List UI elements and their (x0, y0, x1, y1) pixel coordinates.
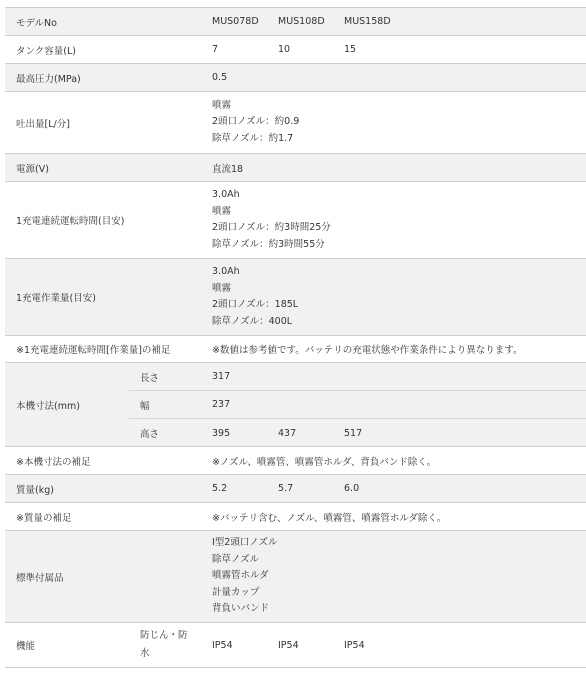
value-line: 除草ノズル：約1.7 (212, 131, 299, 148)
sub-label: 防じん・防 水 (140, 627, 190, 663)
value-line: 噴霧 (212, 204, 331, 221)
value-line: I型2頭口ノズル (212, 535, 277, 552)
row-model-no: モデルNo MUS078D MUS108D MUS158D (5, 8, 586, 36)
value-cell: 0.5 (212, 72, 227, 83)
row-accessories: 標準付属品 I型2頭口ノズル 除草ノズル 噴霧管ホルダ 計量カップ 背負いバンド (5, 531, 586, 623)
row-workload: 1充電作業量(目安) 3.0Ah 噴霧 2頭口ノズル：185L 除草ノズル：40… (5, 259, 586, 336)
value-line: 計量カップ (212, 585, 277, 602)
value-cell: 3.0Ah 噴霧 2頭口ノズル：約3時間25分 除草ノズル：約3時間55分 (212, 187, 331, 253)
row-label: 本機寸法(mm) (16, 398, 80, 412)
value-line: 2頭口ノズル：約0.9 (212, 114, 299, 131)
row-power-source: 電源(V) 直流18 (5, 154, 586, 182)
value-line: 噴霧管ホルダ (212, 568, 277, 585)
value-line: 3.0Ah (212, 187, 331, 204)
model-cell: MUS078D (212, 16, 259, 27)
value-cell: 噴霧 2頭口ノズル：約0.9 除草ノズル：約1.7 (212, 98, 299, 148)
value-cell: 15 (344, 44, 356, 55)
row-label: 1充電連続運転時間(目安) (16, 213, 124, 227)
value-cell: 3.0Ah 噴霧 2頭口ノズル：185L 除草ノズル：400L (212, 264, 298, 330)
note-text: ※ノズル、噴霧管、噴霧管ホルダ、背負バンド除く。 (212, 454, 436, 468)
value-line: 2頭口ノズル：185L (212, 297, 298, 314)
value-line: 除草ノズル：約3時間55分 (212, 237, 331, 254)
model-cell: MUS158D (344, 16, 391, 27)
value-line: 2頭口ノズル：約3時間25分 (212, 220, 331, 237)
row-discharge: 吐出量[L/分] 噴霧 2頭口ノズル：約0.9 除草ノズル：約1.7 (5, 92, 586, 154)
value-cell: 10 (278, 44, 290, 55)
value-cell: 7 (212, 44, 218, 55)
sub-label: 高さ (140, 426, 159, 440)
sub-row-height: 高さ 395 437 517 (129, 419, 586, 447)
value-cell: 237 (212, 399, 230, 410)
value-cell: IP54 (212, 640, 233, 651)
row-dimensions: 本機寸法(mm) 長さ 317 幅 237 高さ 395 437 517 (5, 363, 586, 447)
sub-row-width: 幅 237 (129, 391, 586, 419)
value-cell: 5.7 (278, 483, 293, 494)
sub-label-line: 水 (140, 645, 190, 663)
value-cell: IP54 (278, 640, 299, 651)
value-line: 除草ノズル：400L (212, 314, 298, 331)
row-label: 質量(kg) (16, 482, 54, 496)
sub-row-length: 長さ 317 (129, 363, 586, 391)
value-cell: I型2頭口ノズル 除草ノズル 噴霧管ホルダ 計量カップ 背負いバンド (212, 535, 277, 618)
spec-table: モデルNo MUS078D MUS108D MUS158D タンク容量(L) 7… (5, 7, 586, 668)
row-label: 1充電作業量(目安) (16, 290, 96, 304)
row-runtime: 1充電連続運転時間(目安) 3.0Ah 噴霧 2頭口ノズル：約3時間25分 除草… (5, 182, 586, 259)
dimensions-subtable: 長さ 317 幅 237 高さ 395 437 517 (129, 363, 586, 446)
row-tank-capacity: タンク容量(L) 7 10 15 (5, 36, 586, 64)
row-weight-note: ※質量の補足 ※バッテリ含む、ノズル、噴霧管、噴霧管ホルダ除く。 (5, 503, 586, 531)
value-cell: 6.0 (344, 483, 359, 494)
sub-label: 幅 (140, 398, 150, 412)
value-cell: 395 (212, 428, 230, 439)
value-cell: 517 (344, 428, 362, 439)
row-label: 電源(V) (16, 161, 49, 175)
row-label: ※質量の補足 (16, 510, 71, 524)
row-label: ※本機寸法の補足 (16, 454, 90, 468)
row-label: ※1充電連続運転時間[作業量]の補足 (16, 342, 170, 356)
note-text: ※数値は参考値です。バッテリの充電状態や作業条件により異なります。 (212, 342, 522, 356)
row-function: 機能 防じん・防 水 IP54 IP54 IP54 (5, 623, 586, 668)
row-label: モデルNo (16, 15, 57, 29)
value-cell: 直流18 (212, 161, 243, 175)
row-runtime-note: ※1充電連続運転時間[作業量]の補足 ※数値は参考値です。バッテリの充電状態や作… (5, 336, 586, 363)
sub-label: 長さ (140, 370, 159, 384)
value-line: 3.0Ah (212, 264, 298, 281)
row-max-pressure: 最高圧力(MPa) 0.5 (5, 64, 586, 92)
model-cell: MUS108D (278, 16, 325, 27)
row-label: 標準付属品 (16, 570, 64, 584)
row-label: 機能 (16, 638, 35, 652)
value-line: 背負いバンド (212, 601, 277, 618)
value-line: 噴霧 (212, 281, 298, 298)
sub-label-line: 防じん・防 (140, 627, 190, 645)
note-text: ※バッテリ含む、ノズル、噴霧管、噴霧管ホルダ除く。 (212, 510, 446, 524)
value-cell: IP54 (344, 640, 365, 651)
value-line: 噴霧 (212, 98, 299, 115)
value-cell: 5.2 (212, 483, 227, 494)
value-cell: 437 (278, 428, 296, 439)
value-cell: 317 (212, 371, 230, 382)
value-line: 除草ノズル (212, 552, 277, 569)
row-dimensions-note: ※本機寸法の補足 ※ノズル、噴霧管、噴霧管ホルダ、背負バンド除く。 (5, 447, 586, 475)
row-label: 最高圧力(MPa) (16, 71, 81, 85)
row-weight: 質量(kg) 5.2 5.7 6.0 (5, 475, 586, 503)
row-label: タンク容量(L) (16, 43, 76, 57)
row-label: 吐出量[L/分] (16, 116, 70, 130)
